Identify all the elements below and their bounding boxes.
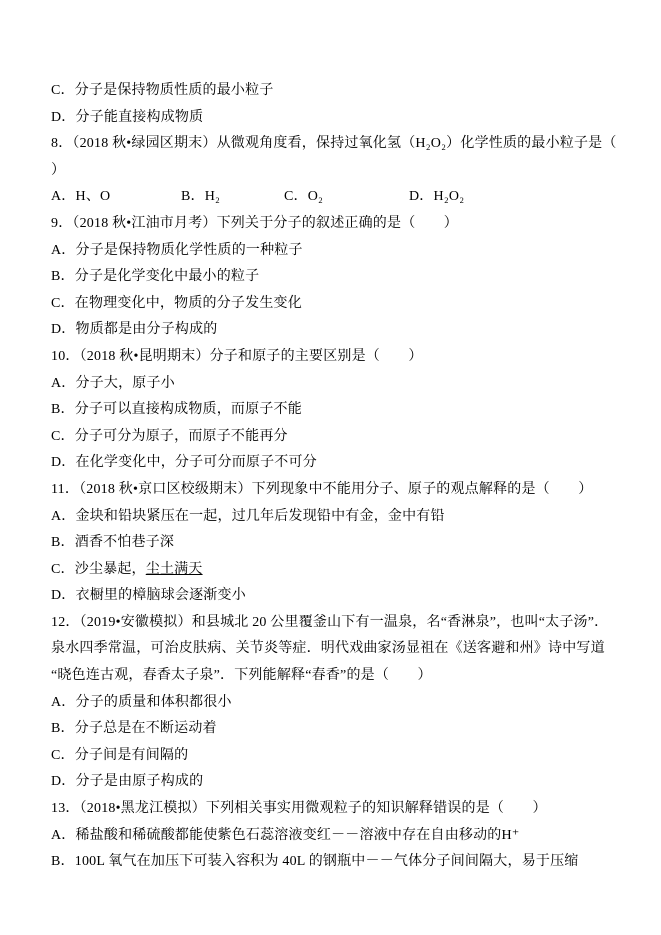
question-8-option-b: B．H₂ [181,184,284,211]
question-8-options-row: A．H、O B．H₂ C．O₂ D．H₂O₂ [51,184,621,211]
question-10-stem: 10．（2018 秋•昆明期末）分子和原子的主要区别是（ ） [51,344,621,371]
question-10-option-c: C．分子可分为原子，而原子不能再分 [51,424,621,451]
question-9-option-a: A．分子是保持物质化学性质的一种粒子 [51,238,621,265]
question-8-stem: 8．（2018 秋•绿园区期末）从微观角度看，保持过氧化氢（H₂O₂）化学性质的… [51,131,621,184]
question-8-option-a: A．H、O [51,184,181,211]
question-9-option-d: D．物质都是由分子构成的 [51,317,621,344]
question-11-option-c-prefix: C．沙尘暴起， [51,562,146,577]
question-11-option-d: D．衣橱里的樟脑球会逐渐变小 [51,583,621,610]
question-10-option-a: A．分子大，原子小 [51,371,621,398]
question-11-option-b: B．酒香不怕巷子深 [51,530,621,557]
question-11-option-c-underlined-text: 尘土满天 [146,562,203,577]
question-11-option-a: A．金块和铅块紧压在一起，过几年后发现铅中有金，金中有铅 [51,504,621,531]
question-12-option-b: B．分子总是在不断运动着 [51,716,621,743]
question-8-option-c: C．O₂ [284,184,409,211]
question-10-option-b: B．分子可以直接构成物质，而原子不能 [51,397,621,424]
document-page: C．分子是保持物质性质的最小粒子 D．分子能直接构成物质 8．（2018 秋•绿… [0,0,661,935]
question-11-stem: 11．（2018 秋•京口区校级期末）下列现象中不能用分子、原子的观点解释的是（… [51,477,621,504]
question-9-stem: 9．（2018 秋•江油市月考）下列关于分子的叙述正确的是（ ） [51,211,621,238]
question-12-option-c: C．分子间是有间隔的 [51,743,621,770]
question-8-option-d: D．H₂O₂ [409,184,621,211]
carryover-option-c: C．分子是保持物质性质的最小粒子 [51,78,621,105]
question-11-option-c: C．沙尘暴起，尘土满天 [51,557,621,584]
question-12-option-a: A．分子的质量和体积都很小 [51,690,621,717]
carryover-option-d: D．分子能直接构成物质 [51,105,621,132]
question-9-option-b: B．分子是化学变化中最小的粒子 [51,264,621,291]
question-10-option-d: D．在化学变化中，分子可分而原子不可分 [51,450,621,477]
question-12-option-d: D．分子是由原子构成的 [51,769,621,796]
question-13-stem: 13．（2018•黑龙江模拟）下列相关事实用微观粒子的知识解释错误的是（ ） [51,796,621,823]
question-13-option-b: B．100L 氧气在加压下可装入容积为 40L 的钢瓶中－－气体分子间间隔大，易… [51,849,621,876]
question-9-option-c: C．在物理变化中，物质的分子发生变化 [51,291,621,318]
question-13-option-a: A．稀盐酸和稀硫酸都能使紫色石蕊溶液变红－－溶液中存在自由移动的H⁺ [51,823,621,850]
question-12-stem: 12．（2019•安徽模拟）和县城北 20 公里覆釜山下有一温泉，名“香淋泉”，… [51,610,621,690]
